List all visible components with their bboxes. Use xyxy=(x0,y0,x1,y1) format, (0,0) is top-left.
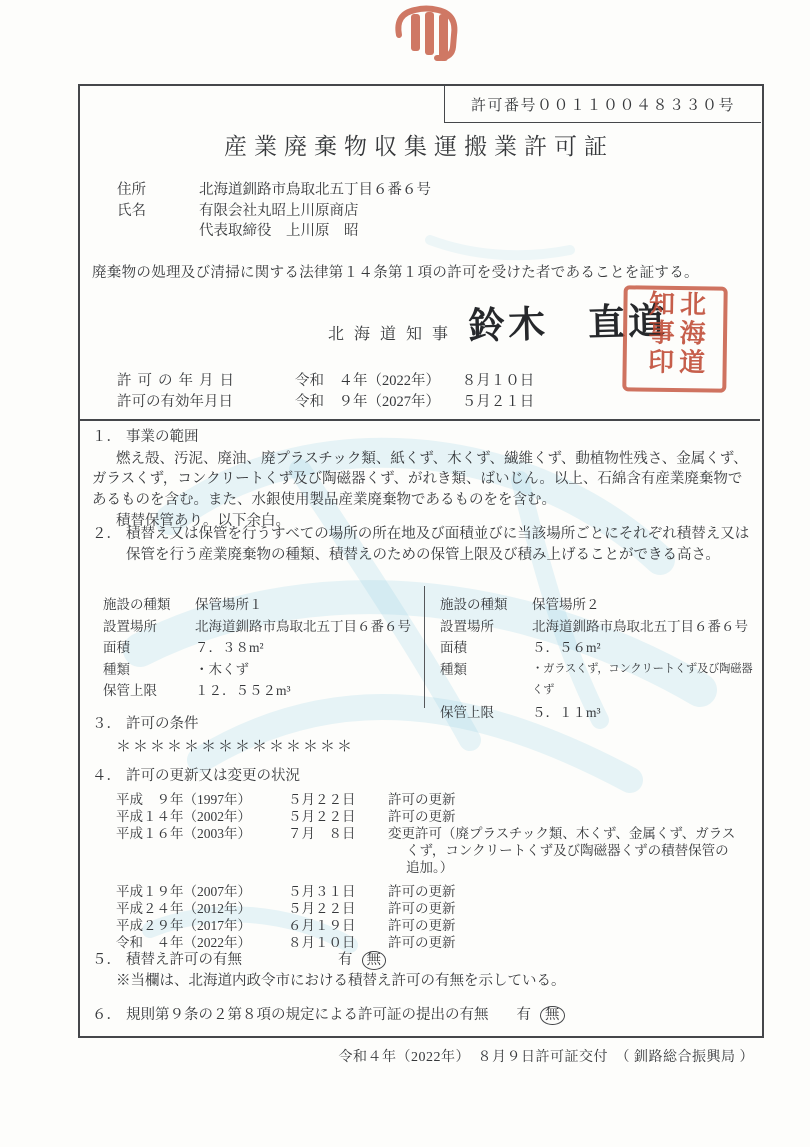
update-history-rows: 平成 ９年（1997年） ５月２２日 許可の更新 平成１４年（2002年） ５月… xyxy=(116,791,752,951)
section-6-heading: 規則第９条の２第８項の規定による許可証の提出の有無 xyxy=(126,1005,489,1026)
section-business-scope: １． 事業の範囲 燃え殻、汚泥、廃油、廃プラスチック類、紙くず、木くず、繊維くず… xyxy=(92,427,752,532)
facility-type-value: 保管場所２ xyxy=(532,594,600,616)
section-6-number: ６． xyxy=(92,1005,126,1026)
permit-document-page: 許可番号００１１００４８３３０号 産業廃棄物収集運搬業許可証 住所 北海道釧路市… xyxy=(0,0,810,1147)
section-2-number: ２． xyxy=(92,524,126,565)
facility-area-value: ５．５６m² xyxy=(532,637,601,659)
permit-date-value: 令和 ４年（2022年） ８月１０日 xyxy=(295,371,534,391)
valid-date-value: 令和 ９年（2027年） ５月２１日 xyxy=(295,392,534,412)
valid-date-label: 許可の有効年月日 xyxy=(117,392,295,412)
history-desc: 許可の更新 xyxy=(388,934,736,951)
update-history-row: 平成 ９年（1997年） ５月２２日 許可の更新 xyxy=(116,791,752,808)
valid-date-row: 許可の有効年月日 令和 ９年（2027年） ５月２１日 xyxy=(117,392,534,412)
facility-table-1: 施設の種類保管場所１ 設置場所北海道釧路市鳥取北五丁目６番６号 面積７．３８m²… xyxy=(103,594,418,702)
update-history-row: 平成２９年（2017年） ６月１９日 許可の更新 xyxy=(116,917,752,934)
certification-statement: 廃棄物の処理及び清掃に関する法律第１４条第１項の許可を受けた者であることを証する… xyxy=(92,261,699,282)
update-history-row: 平成１４年（2002年） ５月２２日 許可の更新 xyxy=(116,808,752,825)
history-date: 平成 ９年（1997年） xyxy=(116,791,288,808)
no-mark-circled: 無 xyxy=(540,1006,565,1025)
history-day: ５月２２日 xyxy=(288,791,388,808)
facility-type-label: 施設の種類 xyxy=(440,594,532,616)
update-history-row: 平成２４年（2012年） ５月２２日 許可の更新 xyxy=(116,900,752,917)
facility-table-2: 施設の種類保管場所２ 設置場所北海道釧路市鳥取北五丁目６番６号 面積５．５６m²… xyxy=(440,594,756,723)
company-value: 有限会社丸昭上川原商店 xyxy=(199,201,359,222)
facility-kind-label: 種類 xyxy=(440,659,532,702)
section-transfer-permit-presence: ５． 積替え許可の有無 有 無 ※当欄は、北海道内政令市における積替え許可の有無… xyxy=(92,950,752,991)
section-5-heading: 積替え許可の有無 xyxy=(126,950,242,971)
yes-no-marks: 有 無 xyxy=(338,950,386,971)
facility-area-label: 面積 xyxy=(440,637,532,659)
address-row: 住所 北海道釧路市鳥取北五丁目６番６号 xyxy=(117,180,431,201)
no-mark-circled: 無 xyxy=(362,951,387,970)
section-3-heading: 許可の条件 xyxy=(126,714,199,735)
address-value: 北海道釧路市鳥取北五丁目６番６号 xyxy=(199,180,431,201)
history-day: ６月１９日 xyxy=(288,917,388,934)
governor-seal: 北海道知事印 xyxy=(622,285,727,392)
history-day: ５月３１日 xyxy=(288,883,388,900)
history-desc: 許可の更新 xyxy=(388,917,736,934)
section-5-note: ※当欄は、北海道内政令市における積替え許可の有無を示している。 xyxy=(116,971,752,992)
section-2-body: 積替え又は保管を行うすべての場所の所在地及び面積並びに当該場所ごとにそれぞれ積替… xyxy=(126,524,752,565)
address-label: 住所 xyxy=(117,180,183,201)
section-4-heading: 許可の更新又は変更の状況 xyxy=(126,766,300,787)
history-desc: 変更許可（廃プラスチック類、木くず、金属くず、ガラスくず，コンクリートくず及び陶… xyxy=(388,825,736,876)
governor-title: 北海道知事 xyxy=(328,321,458,344)
name-label: 氏名 xyxy=(117,201,183,222)
section-4-number: ４． xyxy=(92,766,126,787)
history-date: 平成２４年（2012年） xyxy=(116,900,288,917)
permit-number-text: 許可番号００１１００４８３３０号 xyxy=(471,94,735,115)
history-desc: 許可の更新 xyxy=(388,791,736,808)
facility-kind-value: ・ガラスくず，コンクリートくず及び陶磁器くず xyxy=(532,659,756,702)
section-1-heading: 事業の範囲 xyxy=(126,427,199,448)
facility-table-divider xyxy=(424,586,425,708)
governor-seal-text: 北海道知事印 xyxy=(643,290,706,389)
facility-limit-value: １２．５５２m³ xyxy=(195,680,291,702)
facility-location-label: 設置場所 xyxy=(103,616,195,638)
facility-kind-label: 種類 xyxy=(103,659,195,681)
section-3-asterisks: ＊＊＊＊＊＊＊＊＊＊＊＊＊＊ xyxy=(116,737,592,758)
facility-location-value: 北海道釧路市鳥取北五丁目６番６号 xyxy=(195,616,411,638)
facility-location-label: 設置場所 xyxy=(440,616,532,638)
facility-limit-label: 保管上限 xyxy=(103,680,195,702)
section-5-number: ５． xyxy=(92,950,126,971)
section-update-history: ４． 許可の更新又は変更の状況 平成 ９年（1997年） ５月２２日 許可の更新… xyxy=(92,766,752,951)
history-day: ７月 ８日 xyxy=(288,825,388,876)
history-desc: 許可の更新 xyxy=(388,883,736,900)
issuance-footer: 令和４年（2022年） ８月９日許可証交付 （ 釧路総合振興局 ） xyxy=(78,1046,754,1066)
top-red-stamp-icon xyxy=(388,3,464,65)
update-history-row: 令和 ４年（2022年） ８月１０日 許可の更新 xyxy=(116,934,752,951)
name-row: 氏名 有限会社丸昭上川原商店 xyxy=(117,201,431,222)
section-permit-submission-presence: ６． 規則第９条の２第８項の規定による許可証の提出の有無 有 無 xyxy=(92,1005,752,1026)
history-date: 平成２９年（2017年） xyxy=(116,917,288,934)
representative-row: 代表取締役 上川原 昭 xyxy=(199,221,431,242)
history-date: 令和 ４年（2022年） xyxy=(116,934,288,951)
history-day: ８月１０日 xyxy=(288,934,388,951)
holder-block: 住所 北海道釧路市鳥取北五丁目６番６号 氏名 有限会社丸昭上川原商店 代表取締役… xyxy=(117,180,431,242)
yes-no-marks: 有 無 xyxy=(517,1005,565,1026)
section-1-body: 燃え殻、汚泥、廃油、廃プラスチック類、紙くず、木くず、繊維くず、動植物性残さ、金… xyxy=(92,449,752,511)
history-date: 平成１６年（2003年） xyxy=(116,825,288,876)
document-title: 産業廃棄物収集運搬業許可証 xyxy=(80,128,758,161)
facility-type-label: 施設の種類 xyxy=(103,594,195,616)
history-date: 平成１９年（2007年） xyxy=(116,883,288,900)
section-transfer-storage: ２． 積替え又は保管を行うすべての場所の所在地及び面積並びに当該場所ごとにそれぞ… xyxy=(92,524,752,565)
facility-location-value: 北海道釧路市鳥取北五丁目６番６号 xyxy=(532,616,748,638)
permit-number: 許可番号００１１００４８３３０号 xyxy=(444,86,761,123)
permit-date-label: 許可の年月日 xyxy=(117,371,295,391)
history-date: 平成１４年（2002年） xyxy=(116,808,288,825)
section-1-number: １． xyxy=(92,427,126,448)
yes-mark: 有 xyxy=(338,950,353,971)
section-permit-conditions: ３． 許可の条件 ＊＊＊＊＊＊＊＊＊＊＊＊＊＊ xyxy=(92,714,592,757)
yes-mark: 有 xyxy=(517,1005,532,1026)
facility-kind-value: ・木くず xyxy=(195,659,249,681)
facility-type-value: 保管場所１ xyxy=(195,594,263,616)
history-desc: 許可の更新 xyxy=(388,900,736,917)
history-desc: 許可の更新 xyxy=(388,808,736,825)
update-history-row: 平成１６年（2003年） ７月 ８日 変更許可（廃プラスチック類、木くず、金属く… xyxy=(116,825,752,876)
history-day: ５月２２日 xyxy=(288,808,388,825)
permit-date-row: 許可の年月日 令和 ４年（2022年） ８月１０日 xyxy=(117,371,534,391)
facility-area-label: 面積 xyxy=(103,637,195,659)
facility-area-value: ７．３８m² xyxy=(195,637,264,659)
update-history-row: 平成１９年（2007年） ５月３１日 許可の更新 xyxy=(116,883,752,900)
history-day: ５月２２日 xyxy=(288,900,388,917)
header-divider xyxy=(78,419,760,421)
section-3-number: ３． xyxy=(92,714,126,735)
